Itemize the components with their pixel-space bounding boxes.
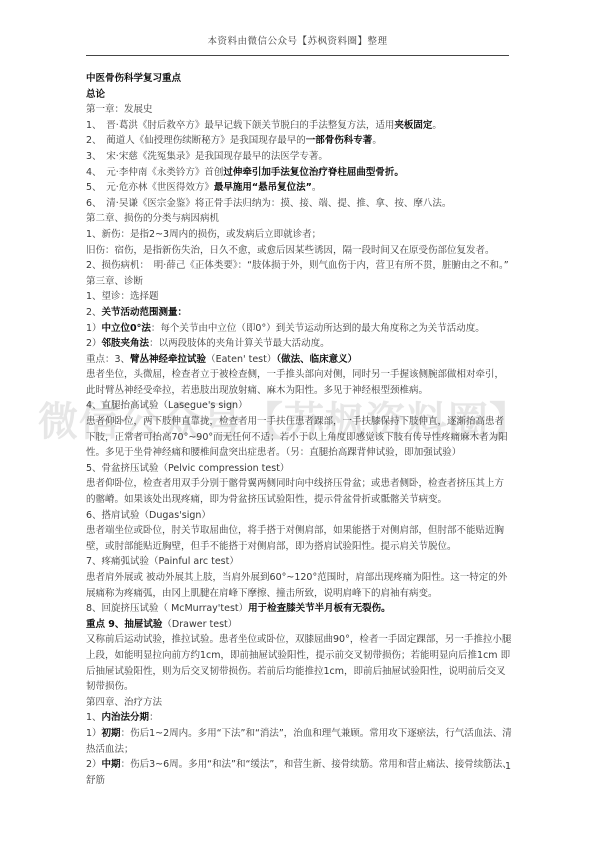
paragraph-line: 4、直腿抬高试验（Lasegue's sign） bbox=[86, 398, 512, 414]
text-run: 1） bbox=[86, 323, 102, 334]
doc-title: 中医骨伤科学复习重点 bbox=[86, 71, 512, 87]
text-run: 。 bbox=[312, 182, 322, 193]
text-run: 1、望诊：选择题 bbox=[86, 291, 159, 302]
text-run: 6、 清·吴谦《医宗金鉴》将正骨手法归纳为：摸、接、端、提、推、拿、按、摩八法。 bbox=[86, 198, 451, 209]
paragraph-line: 7、疼痛弧试验（Painful arc test） bbox=[86, 554, 512, 570]
text-run: 5、 元·危亦林《世医得效方》 bbox=[86, 182, 214, 193]
text-run: 4、直腿抬高试验（Lasegue's sign） bbox=[86, 400, 248, 411]
paragraph-line: 患者肩外展或 被动外展其上肢，当肩外展到60°~120°范围时，肩部出现疼痛为阳… bbox=[86, 570, 512, 601]
paragraph-line: 8、回旋挤压试验（ McMurray'test）用于检查膝关节半月板有无裂伤。 bbox=[86, 601, 512, 617]
paragraph-line: 旧伤：宿伤，是指新伤失治，日久不愈，或愈后因某些诱因，隔一段时间又在原受伤部位复… bbox=[86, 243, 512, 259]
text-run: 2、 bbox=[86, 307, 102, 318]
text-run: 患者仰卧位，两下肢伸直靠拢，检查者用一手扶住患者踝部，一手扶膝保持下肢伸直，逐渐… bbox=[86, 416, 508, 458]
paragraph-line: 2、损伤病机： 明·薛己《正体类要》：“肢体损于外，则气血伤于内，营卫有所不贯，… bbox=[86, 258, 512, 274]
page-header-text: 本资料由微信公众号【苏枫资料圈】整理 bbox=[0, 33, 595, 47]
text-run: ： bbox=[149, 712, 159, 723]
paragraph-line: 患者仰卧位，两下肢伸直靠拢，检查者用一手扶住患者踝部，一手扶膝保持下肢伸直，逐渐… bbox=[86, 414, 512, 461]
text-run: 1、新伤：是指2~3周内的损伤，或发病后立即就诊者； bbox=[86, 229, 321, 240]
document-body: 中医骨伤科学复习重点 总论 第一章：发展史1、 晋·葛洪《肘后救卒方》最早记载下… bbox=[86, 71, 512, 788]
bold-run: 夹板固定 bbox=[394, 120, 432, 131]
text-run: ：伤后3~6周。多用“和法”和“缓法”，和营生新、接骨续筋。常用和营止痛法、接骨… bbox=[86, 759, 512, 786]
paragraph-line: 2）中期：伤后3~6周。多用“和法”和“缓法”，和营生新、接骨续筋。常用和营止痛… bbox=[86, 757, 512, 788]
text-run: 患者仰卧位，检查者用双手分别于髂骨翼两侧同时向中线挤压骨盆；或患者侧卧，检查者挤… bbox=[86, 478, 504, 505]
text-run: 又称前后运动试验，推拉试验。患者坐位或卧位，双膝屈曲90°，检者一手固定踝部，另… bbox=[86, 634, 511, 692]
bold-run: 邻肢夹角法 bbox=[102, 338, 150, 349]
bold-run: 一部骨伤科专著 bbox=[306, 135, 373, 146]
text-run: 3、 宋·宋慈《洗冤集录》是我国现存最早的法医学专著。 bbox=[86, 151, 328, 162]
text-run: ：伤后1~2周内。多用“下法”和“消法”，治血和理气兼顾。常用攻下逐瘀法，行气活… bbox=[86, 728, 512, 755]
bold-run: 初期 bbox=[102, 728, 121, 739]
paragraph-line: 患者端坐位或卧位，肘关节取屈曲位，将手搭于对侧肩部，如果能搭于对侧肩部，但肘部不… bbox=[86, 523, 512, 554]
bold-run: 过伸牵引加手法复位治疗脊柱屈曲型骨折。 bbox=[223, 167, 404, 178]
paragraph-line: 1、新伤：是指2~3周内的损伤，或发病后立即就诊者； bbox=[86, 227, 512, 243]
paragraph-line: 4、 元·李仲南《永类钤方》首创过伸牵引加手法复位治疗脊柱屈曲型骨折。 bbox=[86, 165, 512, 181]
text-run: 1、 晋·葛洪《肘后救卒方》最早记载下颌关节脱臼的手法整复方法，适用 bbox=[86, 120, 394, 131]
text-run: 8、回旋挤压试验（ McMurray'test） bbox=[86, 603, 248, 614]
paragraph-line: 又称前后运动试验，推拉试验。患者坐位或卧位，双膝屈曲90°，检者一手固定踝部，另… bbox=[86, 632, 512, 694]
text-run: 2） bbox=[86, 338, 102, 349]
text-run: ：每个关节由中立位（即0°）到关节运动所达到的最大角度称之为关节活动度。 bbox=[151, 323, 485, 334]
text-run: 。 bbox=[432, 120, 442, 131]
text-run: 第一章：发展史 bbox=[86, 104, 153, 115]
bold-run: 最早施用“悬吊复位法” bbox=[214, 182, 312, 193]
text-run: 2） bbox=[86, 759, 102, 770]
paragraph-line: 6、 清·吴谦《医宗金鉴》将正骨手法归纳为：摸、接、端、提、推、拿、按、摩八法。 bbox=[86, 196, 512, 212]
bold-run: 中立位0°法 bbox=[102, 323, 151, 334]
text-run: 患者肩外展或 被动外展其上肢，当肩外展到60°~120°范围时，肩部出现疼痛为阳… bbox=[86, 572, 507, 599]
paragraph-line: 3、 宋·宋慈《洗冤集录》是我国现存最早的法医学专著。 bbox=[86, 149, 512, 165]
bold-run: 用于检查膝关节半月板有无裂伤。 bbox=[248, 603, 391, 614]
text-run: 7、疼痛弧试验（Painful arc test） bbox=[86, 556, 239, 567]
bold-run: 关节活动范围测量： bbox=[102, 307, 188, 318]
bold-run: 重点 9、抽屉试验 bbox=[86, 619, 162, 630]
text-run: 。 bbox=[372, 135, 382, 146]
text-run: 1、 bbox=[86, 712, 102, 723]
paragraph-line: 重点：3、臂丛神经牵拉试验（Eaten' test）（做法、临床意义） bbox=[86, 352, 512, 368]
paragraph-list: 第一章：发展史1、 晋·葛洪《肘后救卒方》最早记载下颌关节脱臼的手法整复方法，适… bbox=[86, 102, 512, 788]
paragraph-line: 2、关节活动范围测量： bbox=[86, 305, 512, 321]
paragraph-line: 1）初期：伤后1~2周内。多用“下法”和“消法”，治血和理气兼顾。常用攻下逐瘀法… bbox=[86, 726, 512, 757]
text-run: ：以两段肢体的夹角计算关节最大活动度。 bbox=[149, 338, 330, 349]
doc-subtitle: 总论 bbox=[86, 87, 512, 103]
text-run: 4、 元·李仲南《永类钤方》首创 bbox=[86, 167, 223, 178]
bold-run: 臂丛神经牵拉试验 bbox=[130, 354, 206, 365]
paragraph-line: 1、内治法分期： bbox=[86, 710, 512, 726]
text-run: （Drawer test） bbox=[162, 619, 237, 630]
paragraph-line: 第一章：发展史 bbox=[86, 102, 512, 118]
page-number: 1 bbox=[505, 761, 511, 772]
bold-run: （做法、临床意义） bbox=[276, 354, 357, 365]
text-run: 旧伤：宿伤，是指新伤失治，日久不愈，或愈后因某些诱因，隔一段时间又在原受伤部位复… bbox=[86, 245, 495, 256]
paragraph-line: 患者坐位，头微屈，检查者立于被检查侧，一手推头部向对侧，同时另一手握该侧腕部做相… bbox=[86, 367, 512, 398]
paragraph-line: 1、望诊：选择题 bbox=[86, 289, 512, 305]
text-run: 患者端坐位或卧位，肘关节取屈曲位，将手搭于对侧肩部，如果能搭于对侧肩部，但肘部不… bbox=[86, 525, 504, 552]
text-run: 患者坐位，头微屈，检查者立于被检查侧，一手推头部向对侧，同时另一手握该侧腕部做相… bbox=[86, 369, 504, 396]
paragraph-line: 6、搭肩试验（Dugas'sign） bbox=[86, 508, 512, 524]
paragraph-line: 2、 蔺道人《仙授理伤续断秘方》是我国现存最早的一部骨伤科专著。 bbox=[86, 133, 512, 149]
paragraph-line: 患者仰卧位，检查者用双手分别于髂骨翼两侧同时向中线挤压骨盆；或患者侧卧，检查者挤… bbox=[86, 476, 512, 507]
paragraph-line: 1、 晋·葛洪《肘后救卒方》最早记载下颌关节脱臼的手法整复方法，适用夹板固定。 bbox=[86, 118, 512, 134]
paragraph-line: 重点 9、抽屉试验（Drawer test） bbox=[86, 617, 512, 633]
text-run: 1） bbox=[86, 728, 102, 739]
document-page: 本资料由微信公众号【苏枫资料圈】整理 微信公众号【苏枫资料圈】 中医骨伤科学复习… bbox=[0, 0, 595, 841]
paragraph-line: 2）邻肢夹角法：以两段肢体的夹角计算关节最大活动度。 bbox=[86, 336, 512, 352]
text-run: 2、损伤病机： 明·薛己《正体类要》：“肢体损于外，则气血伤于内，营卫有所不贯，… bbox=[86, 260, 509, 271]
paragraph-line: 5、 元·危亦林《世医得效方》最早施用“悬吊复位法”。 bbox=[86, 180, 512, 196]
paragraph-line: 第四章、治疗方法 bbox=[86, 695, 512, 711]
bold-run: 中期 bbox=[102, 759, 121, 770]
text-run: 5、骨盆挤压试验（Pelvic compression test） bbox=[86, 463, 289, 474]
text-run: 第二章、损伤的分类与病因病机 bbox=[86, 213, 219, 224]
bold-run: 内治法分期 bbox=[102, 712, 150, 723]
text-run: （Eaten' test） bbox=[206, 354, 276, 365]
paragraph-line: 1）中立位0°法：每个关节由中立位（即0°）到关节运动所达到的最大角度称之为关节… bbox=[86, 321, 512, 337]
text-run: 重点：3、 bbox=[86, 354, 130, 365]
text-run: 第四章、治疗方法 bbox=[86, 697, 162, 708]
text-run: 第三章、诊断 bbox=[86, 276, 143, 287]
header-divider bbox=[86, 55, 509, 56]
text-run: 2、 蔺道人《仙授理伤续断秘方》是我国现存最早的 bbox=[86, 135, 306, 146]
paragraph-line: 第三章、诊断 bbox=[86, 274, 512, 290]
paragraph-line: 5、骨盆挤压试验（Pelvic compression test） bbox=[86, 461, 512, 477]
text-run: 6、搭肩试验（Dugas'sign） bbox=[86, 510, 211, 521]
paragraph-line: 第二章、损伤的分类与病因病机 bbox=[86, 211, 512, 227]
